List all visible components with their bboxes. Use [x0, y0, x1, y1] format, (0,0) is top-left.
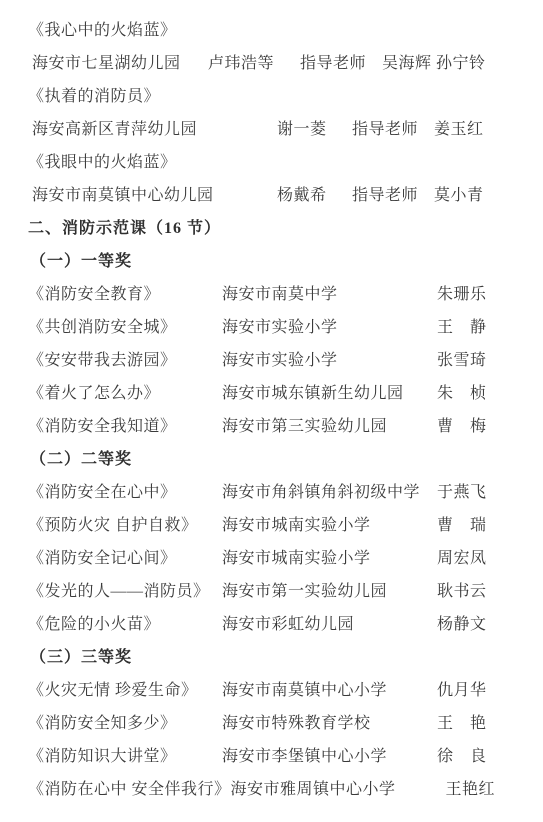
lesson-title: 《消防安全知多少》 — [28, 710, 222, 733]
lesson-row: 《火灾无情 珍爱生命》 海安市南莫镇中心小学 仇月华 — [28, 672, 525, 705]
teacher-name: 徐 良 — [437, 743, 487, 766]
teacher-name: 曹 瑞 — [437, 512, 487, 535]
school-name: 海安市第三实验幼儿园 — [222, 413, 437, 436]
lesson-title: 《消防在心中 安全伴我行》 — [28, 776, 231, 799]
work-title: 《我心中的火焰蓝》 — [28, 12, 525, 45]
student-name: 谢一菱 — [277, 116, 352, 139]
work-title: 《我眼中的火焰蓝》 — [28, 144, 525, 177]
teacher-name: 仇月华 — [437, 677, 487, 700]
advisor-names: 莫小青 — [434, 182, 484, 205]
lesson-row: 《安安带我去游园》 海安市实验小学 张雪琦 — [28, 342, 525, 375]
student-name: 卢玮浩等 — [208, 50, 300, 73]
lesson-title: 《共创消防安全城》 — [28, 314, 222, 337]
school-name: 海安市城东镇新生幼儿园 — [222, 380, 437, 403]
lesson-row: 《共创消防安全城》 海安市实验小学 王 静 — [28, 309, 525, 342]
lesson-row: 《消防知识大讲堂》 海安市李堡镇中心小学 徐 良 — [28, 738, 525, 771]
group-heading-first-prize: （一）一等奖 — [28, 243, 525, 276]
teacher-name: 于燕飞 — [437, 479, 487, 502]
school-name: 海安市第一实验幼儿园 — [222, 578, 437, 601]
school-name: 海安市南莫中学 — [222, 281, 437, 304]
teacher-name: 王 艳 — [437, 710, 487, 733]
lesson-title: 《消防安全在心中》 — [28, 479, 222, 502]
teacher-name: 王艳红 — [446, 776, 496, 799]
lesson-row: 《着火了怎么办》 海安市城东镇新生幼儿园 朱 桢 — [28, 375, 525, 408]
school-name: 海安市彩虹幼儿园 — [222, 611, 437, 634]
lesson-section: 二、消防示范课（16 节） （一）一等奖 《消防安全教育》 海安市南莫中学 朱珊… — [28, 210, 525, 804]
section-heading: 二、消防示范课（16 节） — [28, 210, 525, 243]
award-entry: 《执着的消防员》 海安高新区青萍幼儿园 谢一菱 指导老师 姜玉红 — [28, 78, 525, 144]
teacher-name: 张雪琦 — [437, 347, 487, 370]
works-award-list: 《我心中的火焰蓝》 海安市七星湖幼儿园 卢玮浩等 指导老师 吴海辉 孙宁铃 《执… — [28, 12, 525, 210]
teacher-name: 周宏凤 — [437, 545, 487, 568]
teacher-name: 曹 梅 — [437, 413, 487, 436]
teacher-name: 王 静 — [437, 314, 487, 337]
school-name: 海安市实验小学 — [222, 314, 437, 337]
lesson-title: 《危险的小火苗》 — [28, 611, 222, 634]
advisor-label: 指导老师 — [300, 50, 366, 73]
lesson-row: 《消防安全记心间》 海安市城南实验小学 周宏凤 — [28, 540, 525, 573]
lesson-title: 《消防安全教育》 — [28, 281, 222, 304]
advisor-label: 指导老师 — [352, 116, 418, 139]
work-title: 《执着的消防员》 — [28, 78, 525, 111]
lesson-title: 《发光的人——消防员》 — [28, 578, 222, 601]
school-name: 海安市李堡镇中心小学 — [222, 743, 437, 766]
lesson-row: 《发光的人——消防员》 海安市第一实验幼儿园 耿书云 — [28, 573, 525, 606]
teacher-name: 耿书云 — [437, 578, 487, 601]
teacher-name: 朱珊乐 — [437, 281, 487, 304]
work-detail: 海安市南莫镇中心幼儿园 杨戴希 指导老师 莫小青 — [28, 177, 525, 210]
teacher-name: 杨静文 — [437, 611, 487, 634]
school-name: 海安市城南实验小学 — [222, 512, 437, 535]
advisor-names: 吴海辉 孙宁铃 — [382, 50, 486, 73]
lesson-row: 《消防安全教育》 海安市南莫中学 朱珊乐 — [28, 276, 525, 309]
work-detail: 海安高新区青萍幼儿园 谢一菱 指导老师 姜玉红 — [28, 111, 525, 144]
lesson-row: 《危险的小火苗》 海安市彩虹幼儿园 杨静文 — [28, 606, 525, 639]
lesson-row: 《消防安全知多少》 海安市特殊教育学校 王 艳 — [28, 705, 525, 738]
award-entry: 《我心中的火焰蓝》 海安市七星湖幼儿园 卢玮浩等 指导老师 吴海辉 孙宁铃 — [28, 12, 525, 78]
school-name: 海安市南莫镇中心小学 — [222, 677, 437, 700]
lesson-row: 《消防在心中 安全伴我行》 海安市雅周镇中心小学 王艳红 — [28, 771, 525, 804]
school-name: 海安市实验小学 — [222, 347, 437, 370]
document-page: 《我心中的火焰蓝》 海安市七星湖幼儿园 卢玮浩等 指导老师 吴海辉 孙宁铃 《执… — [0, 0, 543, 822]
advisor-label: 指导老师 — [352, 182, 418, 205]
group-heading-second-prize: （二）二等奖 — [28, 441, 525, 474]
lesson-row: 《预防火灾 自护自救》 海安市城南实验小学 曹 瑞 — [28, 507, 525, 540]
advisor-names: 姜玉红 — [434, 116, 484, 139]
school-name: 海安高新区青萍幼儿园 — [32, 116, 277, 139]
teacher-name: 朱 桢 — [437, 380, 487, 403]
award-entry: 《我眼中的火焰蓝》 海安市南莫镇中心幼儿园 杨戴希 指导老师 莫小青 — [28, 144, 525, 210]
lesson-row: 《消防安全在心中》 海安市角斜镇角斜初级中学 于燕飞 — [28, 474, 525, 507]
lesson-row: 《消防安全我知道》 海安市第三实验幼儿园 曹 梅 — [28, 408, 525, 441]
lesson-title: 《预防火灾 自护自救》 — [28, 512, 222, 535]
lesson-title: 《火灾无情 珍爱生命》 — [28, 677, 222, 700]
lesson-title: 《消防安全记心间》 — [28, 545, 222, 568]
school-name: 海安市城南实验小学 — [222, 545, 437, 568]
student-name: 杨戴希 — [277, 182, 352, 205]
school-name: 海安市角斜镇角斜初级中学 — [222, 479, 437, 502]
school-name: 海安市七星湖幼儿园 — [32, 50, 208, 73]
lesson-title: 《消防安全我知道》 — [28, 413, 222, 436]
lesson-title: 《消防知识大讲堂》 — [28, 743, 222, 766]
group-heading-third-prize: （三）三等奖 — [28, 639, 525, 672]
lesson-title: 《安安带我去游园》 — [28, 347, 222, 370]
lesson-title: 《着火了怎么办》 — [28, 380, 222, 403]
school-name: 海安市南莫镇中心幼儿园 — [32, 182, 277, 205]
school-name: 海安市特殊教育学校 — [222, 710, 437, 733]
work-detail: 海安市七星湖幼儿园 卢玮浩等 指导老师 吴海辉 孙宁铃 — [28, 45, 525, 78]
school-name: 海安市雅周镇中心小学 — [231, 776, 446, 799]
